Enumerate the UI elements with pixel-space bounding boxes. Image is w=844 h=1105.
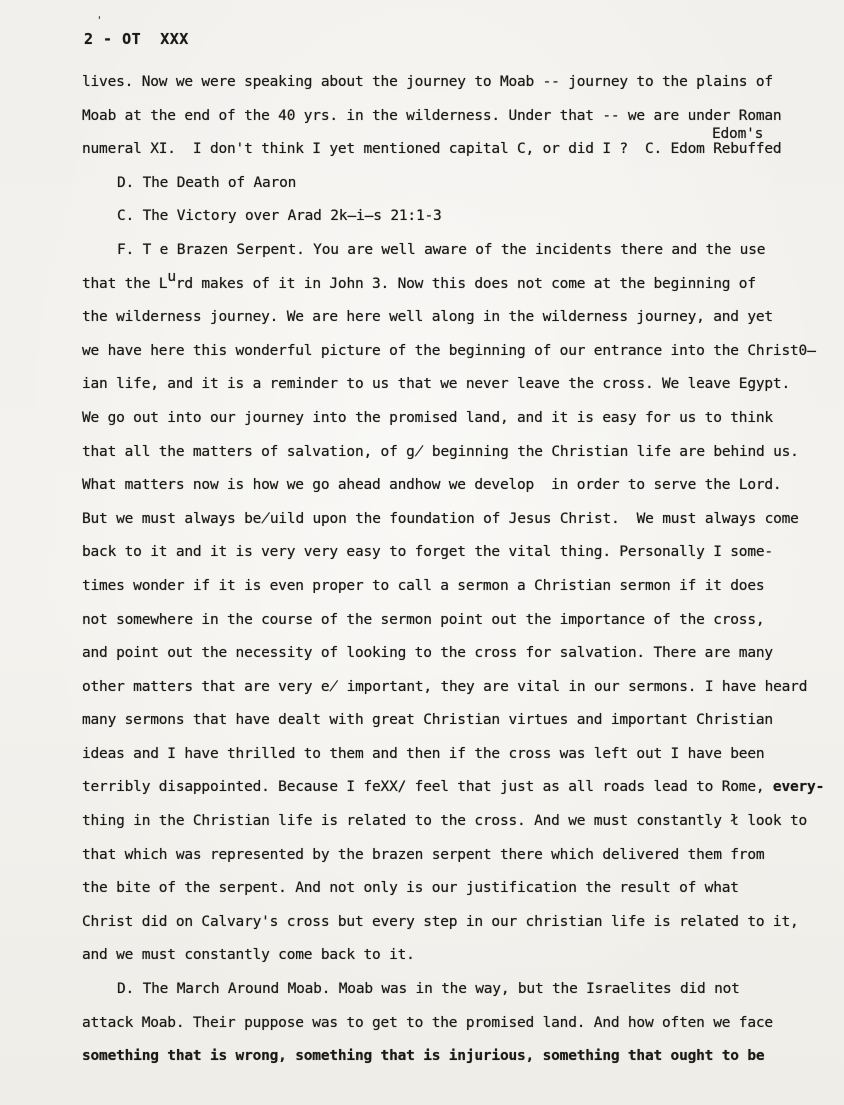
page-title: 2 - OT XXX [84, 30, 189, 48]
text-line: lives. Now we were speaking about the jo… [82, 66, 824, 100]
text-segment: terribly disappointed. Because I feXX/ f… [82, 779, 773, 795]
text-line: and we must constantly come back to it. [82, 939, 824, 973]
text-line: that all the matters of salvation, of g̸… [82, 436, 824, 470]
text-line: and point out the necessity of looking t… [82, 637, 824, 671]
text-line: that the Lurd makes of it in John 3. Now… [82, 268, 824, 302]
text-segment: rd makes of it in John 3. Now this does … [176, 276, 756, 292]
text-line: the wilderness journey. We are here well… [82, 301, 824, 335]
text-line: back to it and it is very very easy to f… [82, 536, 824, 570]
text-line: What matters now is how we go ahead andh… [82, 469, 824, 503]
document-body: lives. Now we were speaking about the jo… [82, 66, 824, 1074]
text-line: We go out into our journey into the prom… [82, 402, 824, 436]
text-line: something that is wrong, something that … [82, 1040, 824, 1074]
text-line: Christ did on Calvary's cross but every … [82, 906, 824, 940]
text-line: other matters that are very e̸ important… [82, 671, 824, 705]
text-line: not somewhere in the course of the sermo… [82, 604, 824, 638]
text-line: But we must always be̸uild upon the foun… [82, 503, 824, 537]
text-line: terribly disappointed. Because I feXX/ f… [82, 771, 824, 805]
scanned-document-page: ˈ 2 - OT XXX lives. Now we were speaking… [0, 0, 844, 1105]
text-line: many sermons that have dealt with great … [82, 704, 824, 738]
text-line: ideas and I have thrilled to them and th… [82, 738, 824, 772]
text-line: that which was represented by the brazen… [82, 839, 824, 873]
text-segment: every- [773, 779, 824, 795]
text-line: attack Moab. Their puppose was to get to… [82, 1007, 824, 1041]
text-line: ian life, and it is a reminder to us tha… [82, 368, 824, 402]
text-line: thing in the Christian life is related t… [82, 805, 824, 839]
text-line: the bite of the serpent. And not only is… [82, 872, 824, 906]
text-line: D. The March Around Moab. Moab was in th… [82, 973, 824, 1007]
raised-overstrike-char: u [167, 269, 176, 285]
text-line: times wonder if it is even proper to cal… [82, 570, 824, 604]
text-line: F. T e Brazen Serpent. You are well awar… [82, 234, 824, 268]
text-line: C. The Victory over Arad 2k̶i̶s 21:1-3 [82, 200, 824, 234]
text-line: we have here this wonderful picture of t… [82, 335, 824, 369]
stray-ink-mark: ˈ [96, 14, 103, 27]
text-segment: that the L [82, 276, 167, 292]
text-line: D. The Death of Aaron [82, 167, 824, 201]
